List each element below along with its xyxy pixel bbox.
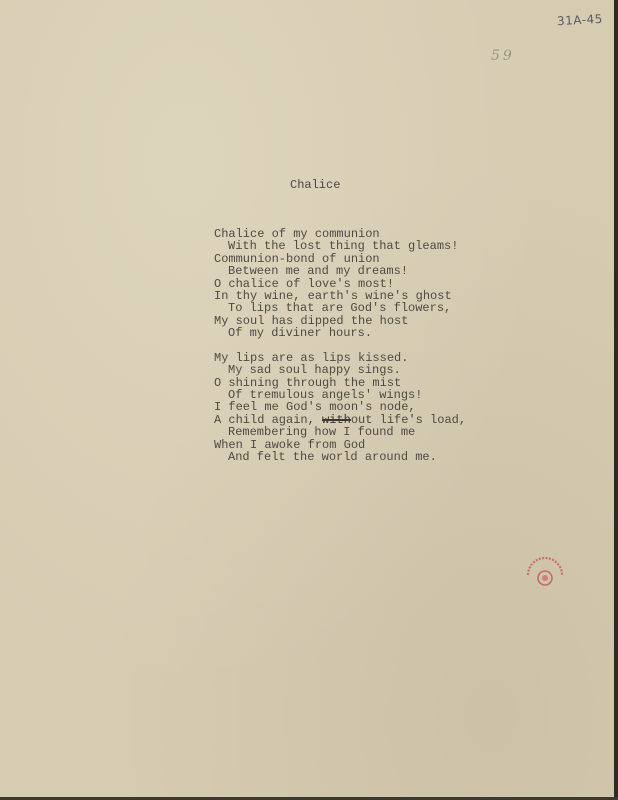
poem-line: With the lost thing that gleams! — [214, 240, 466, 252]
scan-edge-right — [614, 0, 618, 800]
archive-reference: 31A-45 — [557, 12, 603, 28]
poem-line: Of my diviner hours. — [214, 327, 466, 339]
manuscript-page: 31A-45 59 Chalice Chalice of my communio… — [0, 0, 614, 797]
poem-line: My sad soul happy sings. — [214, 364, 466, 376]
poem-line: And felt the world around me. — [214, 451, 466, 463]
library-stamp-icon — [524, 553, 566, 591]
page-number: 59 — [491, 48, 515, 64]
poem-title: Chalice — [290, 178, 340, 192]
poem-line: Between me and my dreams! — [214, 265, 466, 277]
poem-line: Remembering how I found me — [214, 426, 466, 438]
poem-line: To lips that are God's flowers, — [214, 302, 466, 314]
poem-body: Chalice of my communion With the lost th… — [214, 228, 466, 463]
